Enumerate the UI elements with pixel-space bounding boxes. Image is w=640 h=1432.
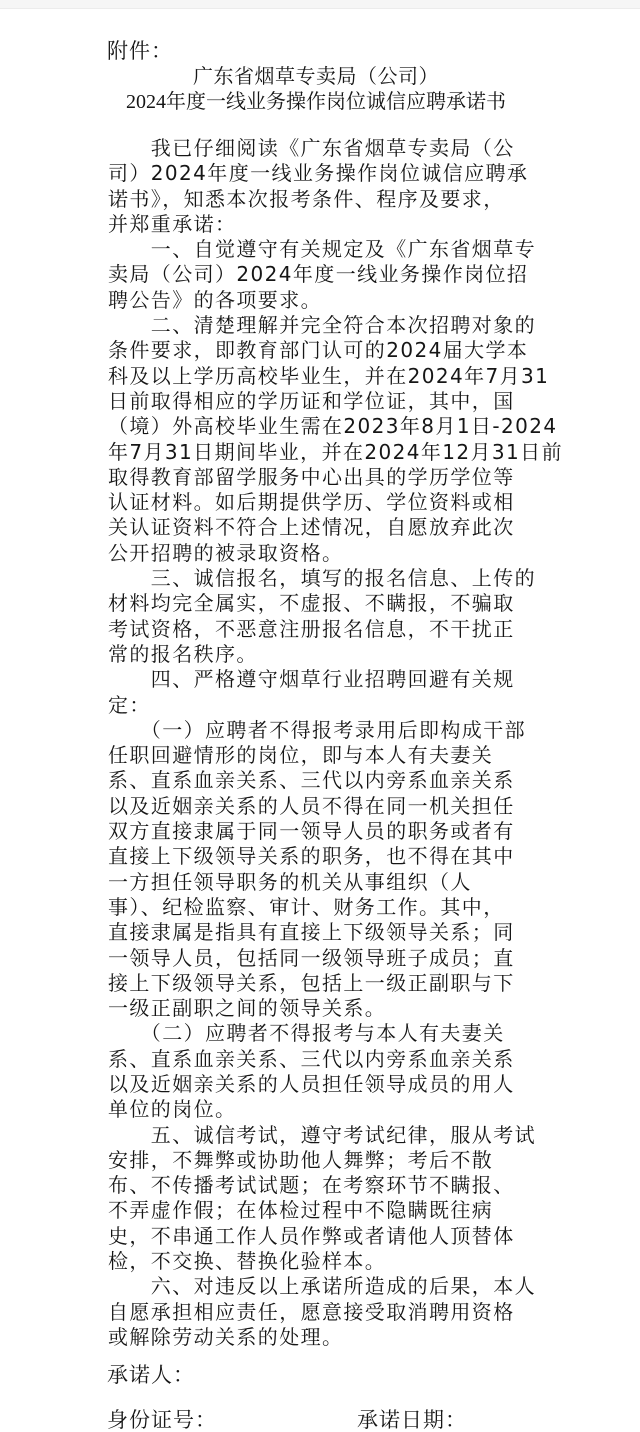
body-line: 我已仔细阅读《广东省烟草专卖局（公 [108,136,538,161]
body-line: 以及近姻亲关系的人员不得在同一机关担任 [108,794,538,819]
body-line: 公开招聘的被录取资格。 [108,541,538,566]
body-line: （境）外高校毕业生需在2023年8月1日-2024 [108,414,538,439]
body-line: （二）应聘者不得报考与本人有夫妻关 [108,1021,538,1046]
body-line: 年7月31日期间毕业，并在2024年12月31日前 [108,440,538,465]
body-line: 考试资格，不恶意注册报名信息，不干扰正 [108,617,538,642]
body-line: 一级正副职之间的领导关系。 [108,996,538,1021]
body-line: 以及近姻亲关系的人员担任领导成员的用人 [108,1072,538,1097]
body-line: 科及以上学历高校毕业生，并在2024年7月31 [108,364,538,389]
document-title-line-1: 广东省烟草专卖局（公司） [0,65,632,89]
body-line: 卖局（公司）2024年度一线业务操作岗位招 [108,262,538,287]
body-line: 关认证资料不符合上述情况，自愿放弃此次 [108,515,538,540]
body-line: 二、清楚理解并完全符合本次招聘对象的 [108,313,538,338]
body-line: 司）2024年度一线业务操作岗位诚信应聘承 [108,161,538,186]
body-line: 系、直系血亲关系、三代以内旁系血亲关系 [108,1047,538,1072]
document-title-line-2: 2024年度一线业务操作岗位诚信应聘承诺书 [0,90,632,114]
body-line: 单位的岗位。 [108,1097,538,1122]
body-line: 并郑重承诺： [108,212,538,237]
body-line: 材料均完全属实，不虚报、不瞒报，不骗取 [108,591,538,616]
body-line: 六、对违反以上承诺所造成的后果，本人 [108,1274,538,1299]
body-line: 接上下级领导关系，包括上一级正副职与下 [108,971,538,996]
body-line: 取得教育部留学服务中心出具的学历学位等 [108,465,538,490]
body-line: 定： [108,693,538,718]
body-line: 常的报名秩序。 [108,642,538,667]
body-line: 自愿承担相应责任，愿意接受取消聘用资格 [108,1300,538,1325]
body-line: 史，不串通工作人员作弊或者请他人顶替体 [108,1224,538,1249]
body-line: 或解除劳动关系的处理。 [108,1325,538,1350]
body-line: 聘公告》的各项要求。 [108,288,538,313]
body-line: 事）、纪检监察、审计、财务工作。其中， [108,895,538,920]
body-line: 系、直系血亲关系、三代以内旁系血亲关系 [108,768,538,793]
body-line: 认证材料。如后期提供学历、学位资料或相 [108,490,538,515]
body-line: 五、诚信考试，遵守考试纪律，服从考试 [108,1123,538,1148]
attachment-label: 附件： [107,38,173,64]
id-number-label: 身份证号： [107,1407,217,1432]
top-strip [0,0,640,9]
body-line: 条件要求，即教育部门认可的2024届大学本 [108,338,538,363]
body-line: 一领导人员，包括同一级领导班子成员；直 [108,946,538,971]
promisor-label: 承诺人： [107,1362,195,1388]
body-line: 双方直接隶属于同一领导人员的职务或者有 [108,819,538,844]
body-line: 日前取得相应的学历证和学位证，其中，国 [108,389,538,414]
body-line: 四、严格遵守烟草行业招聘回避有关规 [108,667,538,692]
body-line: 检，不交换、替换化验样本。 [108,1249,538,1274]
body-line: （一）应聘者不得报考录用后即构成干部 [108,718,538,743]
body-line: 安排，不舞弊或协助他人舞弊；考后不散 [108,1148,538,1173]
document-page: 附件： 广东省烟草专卖局（公司） 2024年度一线业务操作岗位诚信应聘承诺书 我… [0,9,640,1432]
body-line: 三、诚信报名，填写的报名信息、上传的 [108,566,538,591]
body-line: 任职回避情形的岗位，即与本人有夫妻关 [108,743,538,768]
body-line: 诺书》，知悉本次报考条件、程序及要求， [108,187,538,212]
body-line: 直接上下级领导关系的职务，也不得在其中 [108,844,538,869]
promise-date-label: 承诺日期： [357,1407,467,1432]
body-line: 一、自觉遵守有关规定及《广东省烟草专 [108,237,538,262]
document-body: 我已仔细阅读《广东省烟草专卖局（公 司）2024年度一线业务操作岗位诚信应聘承 … [108,136,538,1350]
body-line: 不弄虚作假；在体检过程中不隐瞒既往病 [108,1198,538,1223]
body-line: 一方担任领导职务的机关从事组织（人 [108,870,538,895]
body-line: 布、不传播考试试题；在考察环节不瞒报、 [108,1173,538,1198]
body-line: 直接隶属是指具有直接上下级领导关系；同 [108,920,538,945]
